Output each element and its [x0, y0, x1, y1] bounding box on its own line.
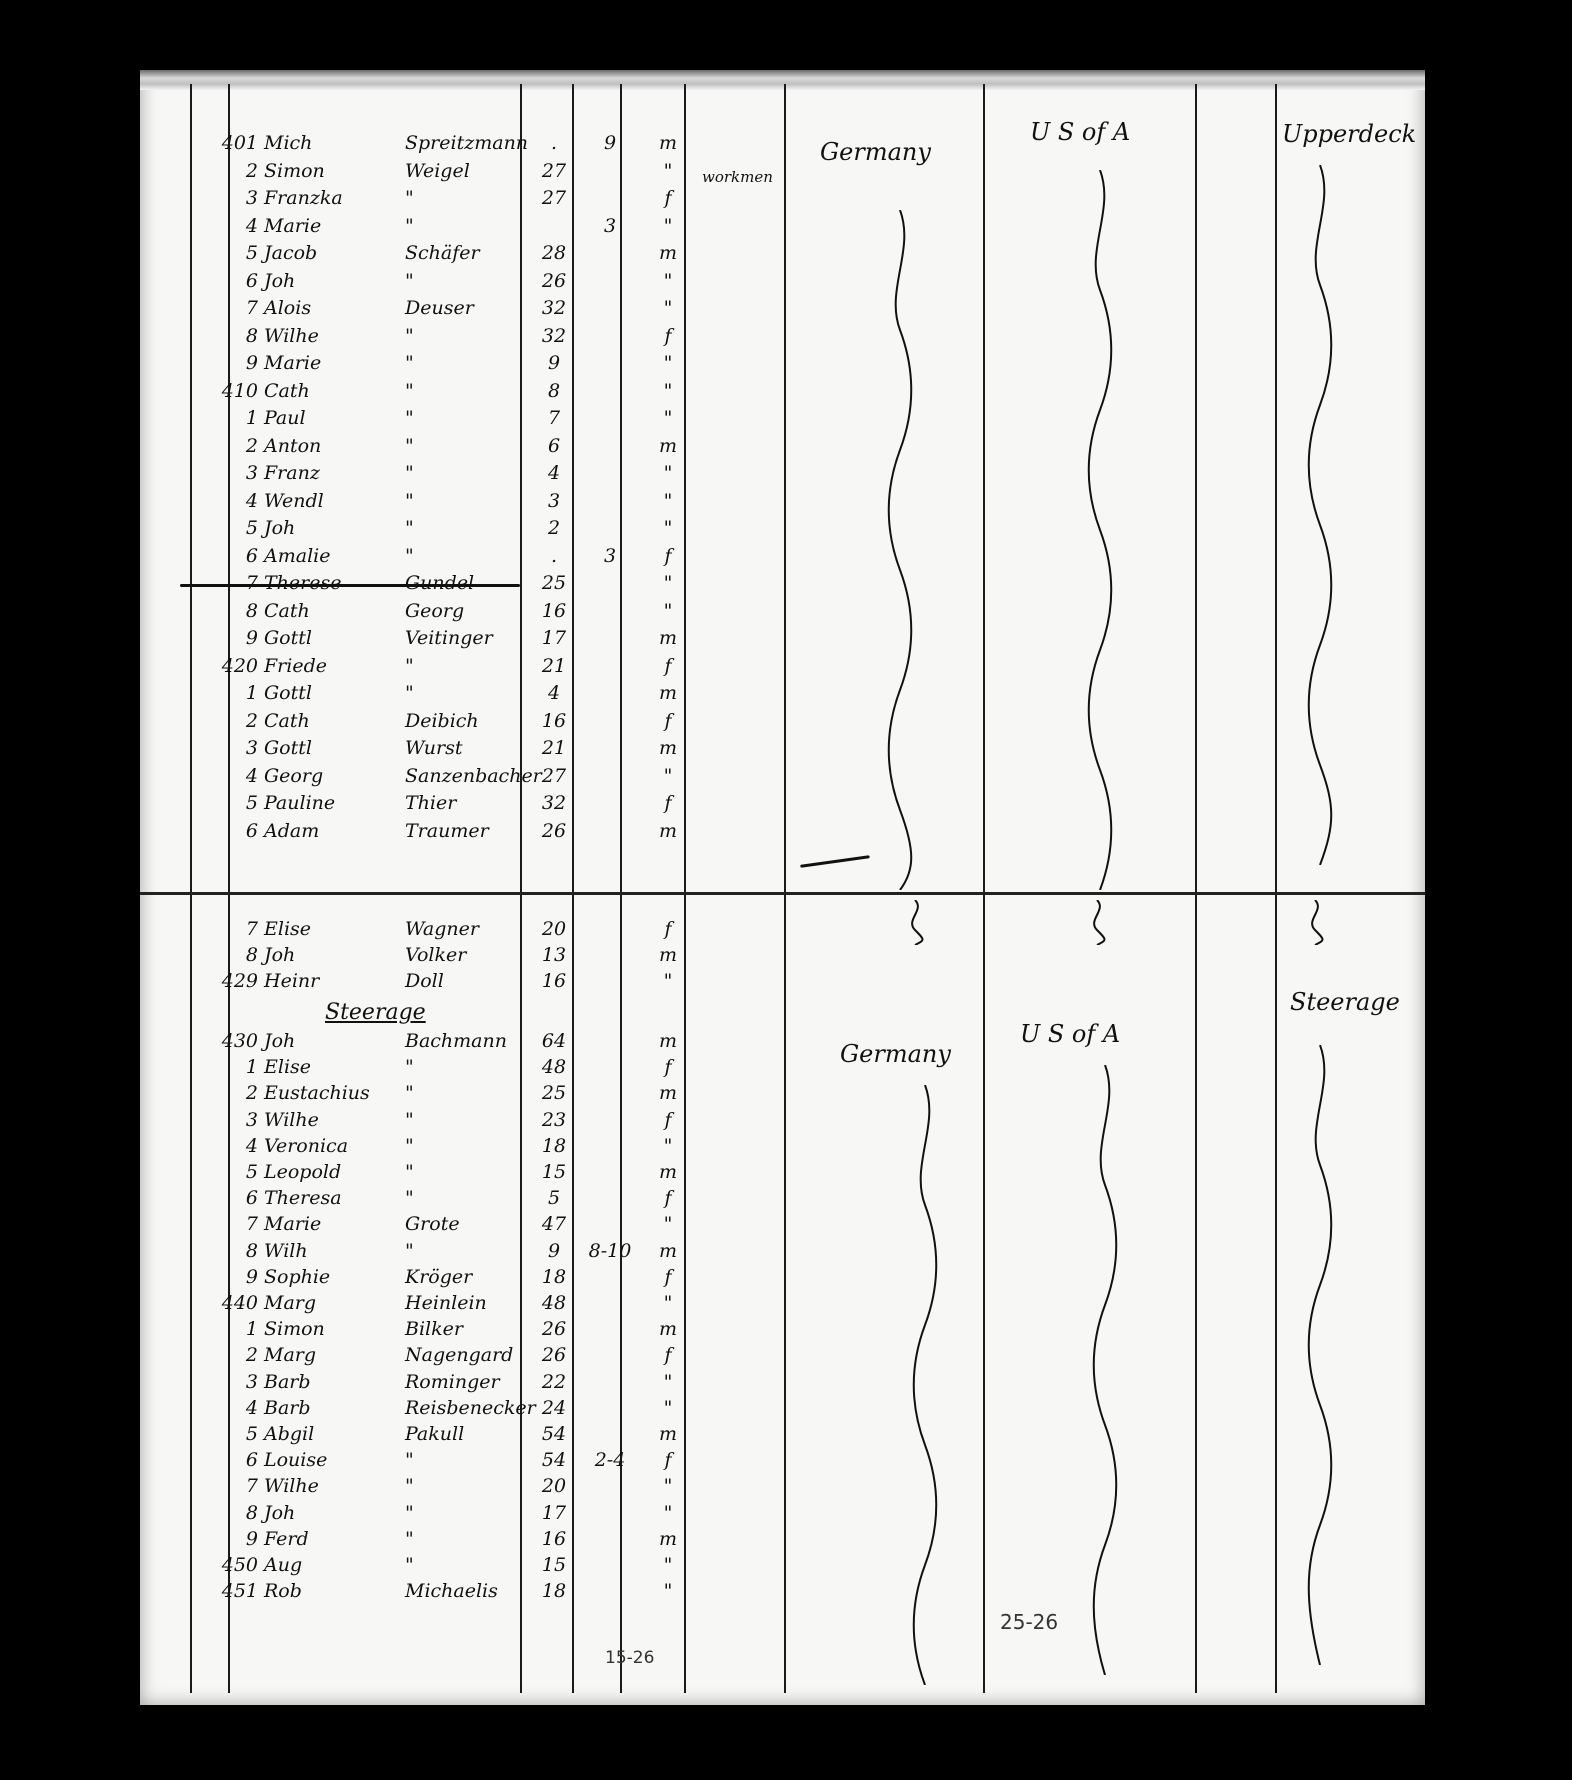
passenger-number: 420	[200, 655, 258, 677]
sex: m	[640, 1318, 696, 1340]
surname: "	[405, 655, 414, 677]
given-name: Wilhe	[264, 1475, 319, 1497]
age-years: 48	[532, 1056, 576, 1078]
ink-mark	[800, 855, 870, 868]
surname: Veitinger	[405, 627, 493, 649]
surname: Doll	[405, 970, 444, 992]
section-divider	[140, 892, 1425, 895]
sex: "	[640, 600, 696, 622]
passenger-number: 1	[200, 682, 258, 704]
sex: f	[640, 710, 696, 732]
table-row: 440MargHeinlein48"	[140, 1292, 1425, 1318]
given-name: Mich	[264, 132, 312, 154]
table-row: 9SophieKröger18f	[140, 1266, 1425, 1292]
table-row: 401MichSpreitzmann.9m	[140, 132, 1425, 158]
passenger-number: 5	[200, 1161, 258, 1183]
given-name: Alois	[264, 297, 311, 319]
surname: Sanzenbacher	[405, 765, 542, 787]
passenger-number: 410	[200, 380, 258, 402]
surname: "	[405, 517, 414, 539]
sex: m	[640, 820, 696, 842]
age-months: 8-10	[585, 1240, 635, 1262]
sex: f	[640, 1266, 696, 1288]
passenger-number: 3	[200, 1109, 258, 1131]
age-years: 54	[532, 1423, 576, 1445]
passenger-number: 3	[200, 737, 258, 759]
passenger-number: 2	[200, 1344, 258, 1366]
sex: m	[640, 944, 696, 966]
sex: "	[640, 1213, 696, 1235]
sex: m	[640, 1240, 696, 1262]
table-row: 2MargNagengard26f	[140, 1344, 1425, 1370]
passenger-number: 3	[200, 187, 258, 209]
table-row: 2SimonWeigel27"	[140, 160, 1425, 186]
given-name: Heinr	[264, 970, 319, 992]
sex: "	[640, 1397, 696, 1419]
passenger-number: 5	[200, 1423, 258, 1445]
age-years: 22	[532, 1371, 576, 1393]
given-name: Marg	[264, 1344, 316, 1366]
given-name: Theresa	[264, 1187, 342, 1209]
surname: "	[405, 462, 414, 484]
sex: m	[640, 682, 696, 704]
given-name: Marie	[264, 215, 321, 237]
age-years: 27	[532, 765, 576, 787]
table-row: 5PaulineThier32f	[140, 792, 1425, 818]
sex: f	[640, 187, 696, 209]
age-years: 3	[532, 490, 576, 512]
surname: "	[405, 1528, 414, 1550]
passenger-number: 1	[200, 1056, 258, 1078]
table-row: 7AloisDeuser32"	[140, 297, 1425, 323]
page-top-edge	[140, 70, 1425, 90]
ditto-line-icon	[1082, 900, 1112, 945]
surname: Nagengard	[405, 1344, 513, 1366]
table-row: 6Amalie".3f	[140, 545, 1425, 571]
given-name: Friede	[264, 655, 327, 677]
given-name: Joh	[264, 517, 295, 539]
age-years: 8	[532, 380, 576, 402]
age-years: 9	[532, 1240, 576, 1262]
table-row: 3Franzka"27f	[140, 187, 1425, 213]
steerage-location-value: Steerage	[1290, 988, 1400, 1016]
age-years: 16	[532, 970, 576, 992]
given-name: Wilhe	[264, 1109, 319, 1131]
table-row: 7ThereseGundel25"	[140, 572, 1425, 598]
table-row: 420Friede"21f	[140, 655, 1425, 681]
given-name: Gottl	[264, 627, 312, 649]
age-years: 26	[532, 270, 576, 292]
age-years: 25	[532, 572, 576, 594]
surname: Bilker	[405, 1318, 463, 1340]
age-years: 6	[532, 435, 576, 457]
given-name: Therese	[264, 572, 341, 594]
passenger-number: 5	[200, 242, 258, 264]
given-name: Louise	[264, 1449, 327, 1471]
given-name: Barb	[264, 1397, 311, 1419]
table-row: 5Leopold"15m	[140, 1161, 1425, 1187]
surname: "	[405, 1554, 414, 1576]
passenger-number: 3	[200, 462, 258, 484]
passenger-number: 9	[200, 627, 258, 649]
passenger-number: 5	[200, 517, 258, 539]
age-years: 32	[532, 792, 576, 814]
passenger-number: 4	[200, 1397, 258, 1419]
surname: Volker	[405, 944, 466, 966]
sex: "	[640, 1475, 696, 1497]
table-row: 410Cath"8"	[140, 380, 1425, 406]
surname: Gundel	[405, 572, 474, 594]
sex: f	[640, 1449, 696, 1471]
surname: Michaelis	[405, 1580, 498, 1602]
age-years: 4	[532, 682, 576, 704]
given-name: Joh	[264, 270, 295, 292]
surname: Wagner	[405, 918, 479, 940]
passenger-number: 7	[200, 297, 258, 319]
sex: "	[640, 490, 696, 512]
given-name: Barb	[264, 1371, 311, 1393]
passenger-number: 450	[200, 1554, 258, 1576]
sex: "	[640, 270, 696, 292]
given-name: Leopold	[264, 1161, 341, 1183]
table-row: 2CathDeibich16f	[140, 710, 1425, 736]
passenger-number: 4	[200, 765, 258, 787]
surname: "	[405, 1056, 414, 1078]
passenger-number: 451	[200, 1580, 258, 1602]
age-years: 64	[532, 1030, 576, 1052]
table-row: 4Marie"3"	[140, 215, 1425, 241]
ditto-line-icon	[1300, 900, 1330, 945]
given-name: Georg	[264, 765, 323, 787]
age-years: .	[532, 545, 576, 567]
passenger-number: 1	[200, 1318, 258, 1340]
table-row: 1Paul"7"	[140, 407, 1425, 433]
surname: "	[405, 325, 414, 347]
bottom-months-note: 15-26	[605, 1648, 654, 1668]
table-row: 1Gottl"4m	[140, 682, 1425, 708]
passenger-number: 7	[200, 1213, 258, 1235]
bottom-destination-note: 25-26	[1000, 1610, 1058, 1634]
table-row: 8CathGeorg16"	[140, 600, 1425, 626]
surname: Rominger	[405, 1371, 500, 1393]
table-row: 4BarbReisbenecker24"	[140, 1397, 1425, 1423]
table-row: 8JohVolker13m	[140, 944, 1425, 970]
sex: "	[640, 380, 696, 402]
sex: f	[640, 1056, 696, 1078]
table-row: 6Joh"26"	[140, 270, 1425, 296]
location-value: Upperdeck	[1282, 120, 1416, 148]
steerage-destination-value: U S of A	[1020, 1020, 1120, 1048]
table-row: 8Joh"17"	[140, 1502, 1425, 1528]
sex: "	[640, 765, 696, 787]
age-years: 24	[532, 1397, 576, 1419]
table-row: 7Wilhe"20"	[140, 1475, 1425, 1501]
sex: m	[640, 435, 696, 457]
age-months: 9	[585, 132, 635, 154]
passenger-number: 2	[200, 160, 258, 182]
passenger-number: 2	[200, 710, 258, 732]
age-years: 9	[532, 352, 576, 374]
table-row: 3Wilhe"23f	[140, 1109, 1425, 1135]
surname: "	[405, 1135, 414, 1157]
given-name: Rob	[264, 1580, 302, 1602]
given-name: Anton	[264, 435, 321, 457]
country-value: Germany	[820, 138, 931, 166]
steerage-country-value: Germany	[840, 1040, 951, 1068]
table-row: 1Elise"48f	[140, 1056, 1425, 1082]
sex: f	[640, 792, 696, 814]
destination-value: U S of A	[1030, 118, 1130, 146]
given-name: Joh	[264, 1502, 295, 1524]
sex: m	[640, 1161, 696, 1183]
sex: "	[640, 1554, 696, 1576]
given-name: Simon	[264, 160, 325, 182]
table-row: 9Ferd"16m	[140, 1528, 1425, 1554]
given-name: Joh	[264, 1030, 295, 1052]
age-years: 15	[532, 1554, 576, 1576]
age-years: 15	[532, 1161, 576, 1183]
passenger-number: 3	[200, 1371, 258, 1393]
table-row: 6AdamTraumer26m	[140, 820, 1425, 846]
passenger-number: 1	[200, 407, 258, 429]
age-years: 21	[532, 655, 576, 677]
age-years: 25	[532, 1082, 576, 1104]
manifest-page: 401MichSpreitzmann.9m2SimonWeigel27"3Fra…	[140, 70, 1425, 1705]
sex: f	[640, 325, 696, 347]
given-name: Wilhe	[264, 325, 319, 347]
sex: "	[640, 215, 696, 237]
passenger-number: 8	[200, 600, 258, 622]
ditto-line-icon	[910, 1085, 940, 1685]
sex: f	[640, 1344, 696, 1366]
sex: m	[640, 1030, 696, 1052]
sex: "	[640, 1371, 696, 1393]
surname: "	[405, 270, 414, 292]
sex: "	[640, 160, 696, 182]
age-years: 4	[532, 462, 576, 484]
passenger-number: 7	[200, 1475, 258, 1497]
age-years: 32	[532, 325, 576, 347]
passenger-number: 440	[200, 1292, 258, 1314]
passenger-number: 9	[200, 1266, 258, 1288]
passenger-number: 6	[200, 1449, 258, 1471]
passenger-number: 4	[200, 1135, 258, 1157]
given-name: Franzka	[264, 187, 343, 209]
surname: Kröger	[405, 1266, 472, 1288]
surname: "	[405, 215, 414, 237]
surname: "	[405, 1475, 414, 1497]
table-row: 3Franz"4"	[140, 462, 1425, 488]
age-years: 28	[532, 242, 576, 264]
given-name: Gottl	[264, 737, 312, 759]
surname: Pakull	[405, 1423, 464, 1445]
age-years: 26	[532, 1318, 576, 1340]
table-row: 6Louise"542-4f	[140, 1449, 1425, 1475]
table-row: 4Veronica"18"	[140, 1135, 1425, 1161]
sex: f	[640, 1109, 696, 1131]
table-row: 450Aug"15"	[140, 1554, 1425, 1580]
passenger-number: 429	[200, 970, 258, 992]
occupation-value: workmen	[702, 168, 773, 186]
given-name: Adam	[264, 820, 319, 842]
table-row: 9Marie"9"	[140, 352, 1425, 378]
sex: "	[640, 297, 696, 319]
age-years: 26	[532, 820, 576, 842]
given-name: Jacob	[264, 242, 317, 264]
age-years: 23	[532, 1109, 576, 1131]
passenger-number: 8	[200, 944, 258, 966]
age-years: 18	[532, 1135, 576, 1157]
passenger-number: 430	[200, 1030, 258, 1052]
age-years: 20	[532, 918, 576, 940]
sex: f	[640, 655, 696, 677]
given-name: Marie	[264, 352, 321, 374]
passenger-number: 7	[200, 918, 258, 940]
given-name: Elise	[264, 918, 311, 940]
given-name: Elise	[264, 1056, 311, 1078]
given-name: Sophie	[264, 1266, 330, 1288]
given-name: Cath	[264, 380, 310, 402]
given-name: Amalie	[264, 545, 330, 567]
steerage-section-label: Steerage	[325, 1000, 426, 1025]
age-years: 27	[532, 187, 576, 209]
surname: Wurst	[405, 737, 462, 759]
table-row: 6Theresa"5f	[140, 1187, 1425, 1213]
sex: m	[640, 1423, 696, 1445]
given-name: Pauline	[264, 792, 335, 814]
given-name: Cath	[264, 710, 310, 732]
surname: "	[405, 407, 414, 429]
surname: "	[405, 1240, 414, 1262]
surname: "	[405, 1161, 414, 1183]
table-row: 7EliseWagner20f	[140, 918, 1425, 944]
age-years: 48	[532, 1292, 576, 1314]
age-months: 3	[585, 545, 635, 567]
passenger-number: 7	[200, 572, 258, 594]
age-years: 54	[532, 1449, 576, 1471]
table-row: 7MarieGrote47"	[140, 1213, 1425, 1239]
age-years: .	[532, 132, 576, 154]
surname: "	[405, 682, 414, 704]
age-years: 2	[532, 517, 576, 539]
surname: "	[405, 1187, 414, 1209]
surname: "	[405, 380, 414, 402]
sex: m	[640, 132, 696, 154]
age-years: 5	[532, 1187, 576, 1209]
table-row: 5Joh"2"	[140, 517, 1425, 543]
age-years: 32	[532, 297, 576, 319]
surname: "	[405, 490, 414, 512]
table-row: 4GeorgSanzenbacher27"	[140, 765, 1425, 791]
sex: "	[640, 1580, 696, 1602]
sex: m	[640, 1082, 696, 1104]
passenger-number: 4	[200, 490, 258, 512]
surname: Reisbenecker	[405, 1397, 536, 1419]
sex: "	[640, 517, 696, 539]
ditto-line-icon	[1305, 1045, 1335, 1665]
ditto-line-icon	[1085, 170, 1115, 890]
age-months: 2-4	[585, 1449, 635, 1471]
age-years: 16	[532, 1528, 576, 1550]
table-row: 8Wilh"98-10m	[140, 1240, 1425, 1266]
age-years: 20	[532, 1475, 576, 1497]
age-years: 17	[532, 627, 576, 649]
age-years: 18	[532, 1580, 576, 1602]
age-years: 27	[532, 160, 576, 182]
surname: Weigel	[405, 160, 470, 182]
age-years: 7	[532, 407, 576, 429]
age-years: 47	[532, 1213, 576, 1235]
sex: f	[640, 545, 696, 567]
surname: "	[405, 1449, 414, 1471]
given-name: Marg	[264, 1292, 316, 1314]
surname: "	[405, 187, 414, 209]
sex: f	[640, 1187, 696, 1209]
surname: Deuser	[405, 297, 474, 319]
surname: "	[405, 435, 414, 457]
surname: Georg	[405, 600, 464, 622]
ditto-line-icon	[1090, 1065, 1120, 1675]
sex: "	[640, 1502, 696, 1524]
surname: "	[405, 352, 414, 374]
given-name: Joh	[264, 944, 295, 966]
given-name: Gottl	[264, 682, 312, 704]
passenger-number: 8	[200, 1502, 258, 1524]
passenger-number: 6	[200, 1187, 258, 1209]
sex: "	[640, 572, 696, 594]
table-row: 1SimonBilker26m	[140, 1318, 1425, 1344]
table-row: 429HeinrDoll16"	[140, 970, 1425, 996]
table-row: 3BarbRominger22"	[140, 1371, 1425, 1397]
surname: Schäfer	[405, 242, 480, 264]
sex: "	[640, 1292, 696, 1314]
surname: "	[405, 1082, 414, 1104]
passenger-number: 8	[200, 325, 258, 347]
table-row: 3GottlWurst21m	[140, 737, 1425, 763]
age-years: 18	[532, 1266, 576, 1288]
sex: "	[640, 1135, 696, 1157]
ditto-line-icon	[900, 900, 930, 945]
surname: "	[405, 545, 414, 567]
ditto-line-icon	[1305, 165, 1335, 865]
table-row: 4Wendl"3"	[140, 490, 1425, 516]
age-years: 21	[532, 737, 576, 759]
passenger-number: 8	[200, 1240, 258, 1262]
sex: "	[640, 407, 696, 429]
given-name: Franz	[264, 462, 320, 484]
given-name: Eustachius	[264, 1082, 370, 1104]
sex: "	[640, 970, 696, 992]
sex: "	[640, 462, 696, 484]
age-years: 16	[532, 710, 576, 732]
passenger-number: 5	[200, 792, 258, 814]
strikethrough-line	[180, 584, 520, 587]
sex: m	[640, 627, 696, 649]
surname: Grote	[405, 1213, 460, 1235]
surname: Spreitzmann	[405, 132, 528, 154]
table-row: 5JacobSchäfer28m	[140, 242, 1425, 268]
table-row: 9GottlVeitinger17m	[140, 627, 1425, 653]
passenger-number: 9	[200, 1528, 258, 1550]
given-name: Ferd	[264, 1528, 309, 1550]
given-name: Simon	[264, 1318, 325, 1340]
surname: Deibich	[405, 710, 479, 732]
passenger-number: 6	[200, 820, 258, 842]
passenger-number: 2	[200, 1082, 258, 1104]
age-years: 17	[532, 1502, 576, 1524]
given-name: Wendl	[264, 490, 324, 512]
table-row: 2Eustachius"25m	[140, 1082, 1425, 1108]
